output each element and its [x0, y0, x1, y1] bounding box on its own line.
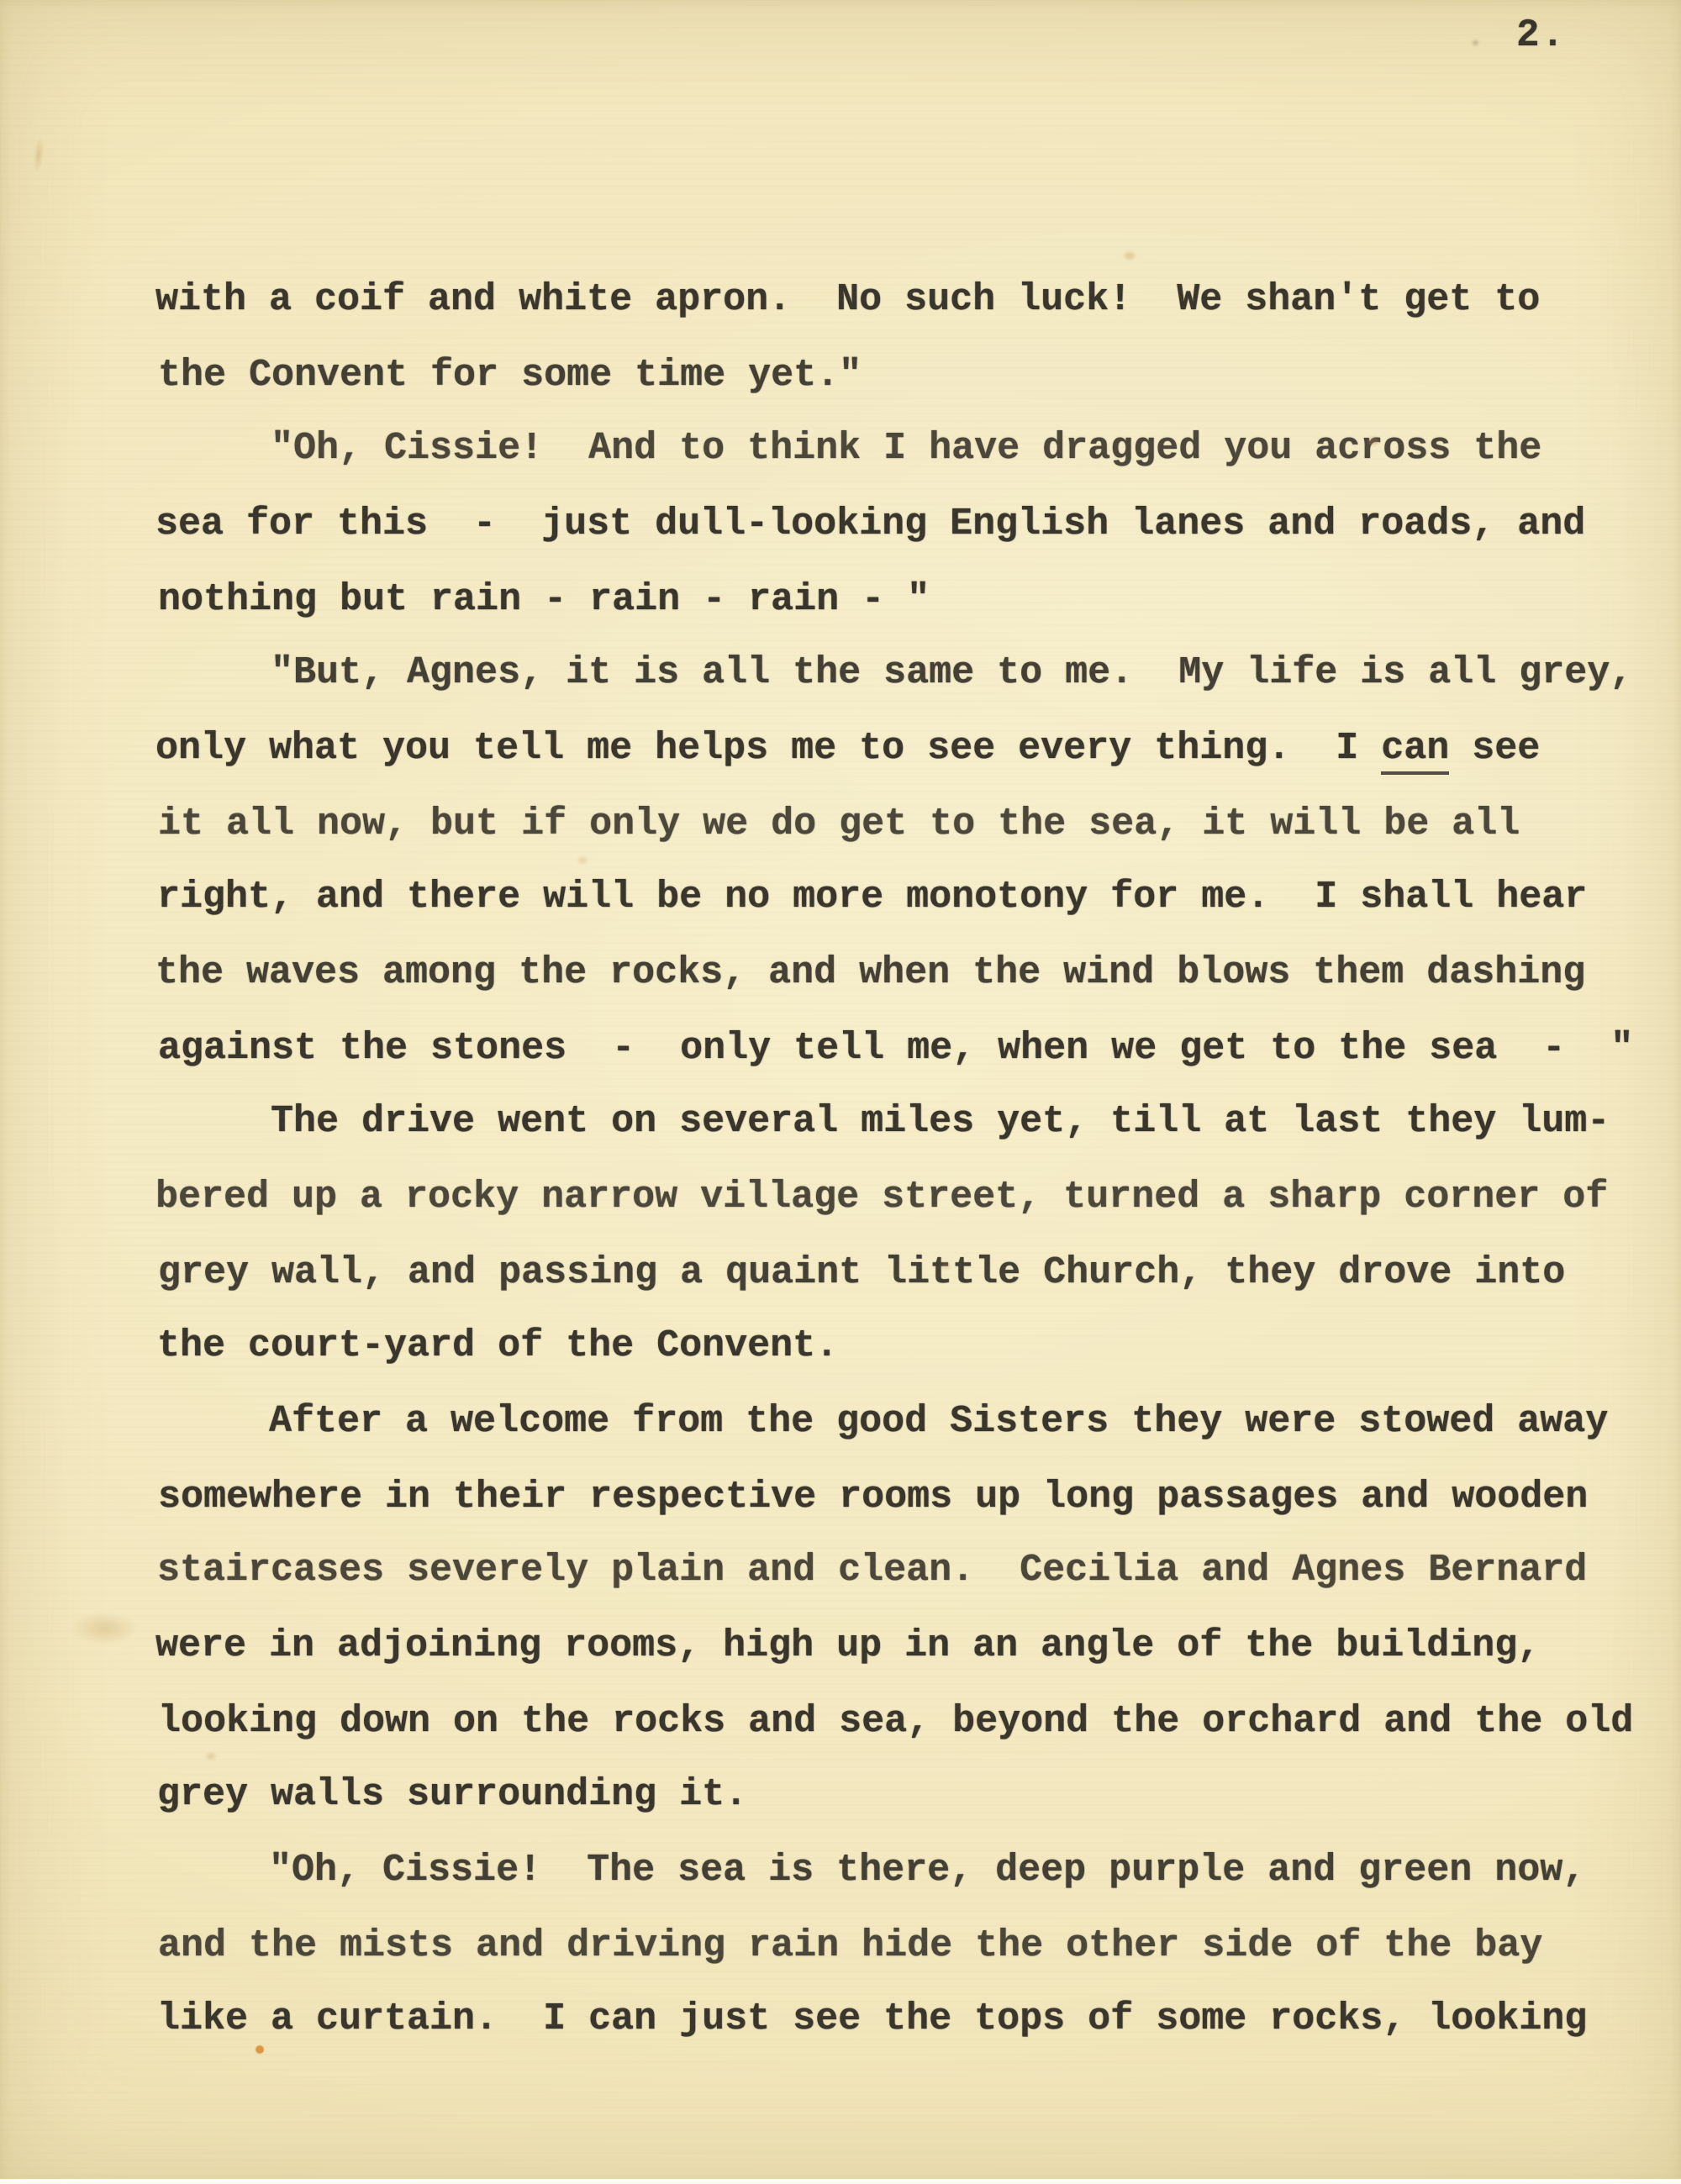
text-segment: only what you tell me helps me to see ev… — [155, 727, 1381, 770]
text-line: "But, Agnes, it is all the same to me. M… — [157, 635, 1662, 710]
text-line: bered up a rocky narrow village street, … — [155, 1160, 1660, 1234]
text-line: were in adjoining rooms, high up in an a… — [155, 1608, 1660, 1683]
text-line: looking down on the rocks and sea, beyon… — [158, 1684, 1663, 1759]
paper-speck — [578, 857, 587, 864]
paper-stain — [59, 1607, 151, 1650]
text-line: somewhere in their respective rooms up l… — [158, 1460, 1663, 1534]
underlined-word: can — [1381, 727, 1449, 775]
orange-ink-speck — [256, 2045, 264, 2054]
page-number: 2. — [1516, 13, 1566, 57]
paper-crease-mark — [29, 130, 48, 178]
text-line: it all now, but if only we do get to the… — [158, 787, 1663, 861]
text-line: grey walls surrounding it. — [157, 1757, 1662, 1832]
text-line: the court-yard of the Convent. — [157, 1308, 1662, 1383]
text-line: sea for this - just dull-looking English… — [155, 487, 1660, 561]
document-page: 2. with a coif and white apron. No such … — [0, 0, 1681, 2184]
typewritten-text-block: with a coif and white apron. No such luc… — [155, 262, 1660, 2057]
text-line: The drive went on several miles yet, til… — [157, 1084, 1662, 1159]
paper-speck — [1367, 437, 1379, 445]
text-line: right, and there will be no more monoton… — [157, 860, 1662, 934]
text-line: and the mists and driving rain hide the … — [158, 1908, 1663, 1983]
paper-speck — [207, 1753, 215, 1760]
text-line: the Convent for some time yet." — [158, 338, 1663, 413]
paper-speck — [941, 1262, 951, 1270]
text-line-with-underline: only what you tell me helps me to see ev… — [155, 711, 1660, 786]
text-line: the waves among the rocks, and when the … — [155, 935, 1660, 1010]
text-line: like a curtain. I can just see the tops … — [157, 1981, 1662, 2056]
text-line: After a welcome from the good Sisters th… — [155, 1384, 1660, 1459]
text-line: grey wall, and passing a quaint little C… — [158, 1235, 1663, 1310]
paper-speck — [1125, 252, 1135, 260]
text-segment: see — [1449, 727, 1540, 770]
text-line: with a coif and white apron. No such luc… — [155, 262, 1660, 337]
text-line: "Oh, Cissie! And to think I have dragged… — [157, 411, 1662, 486]
text-line: nothing but rain - rain - rain - " — [158, 562, 1663, 637]
text-line: staircases severely plain and clean. Cec… — [157, 1533, 1662, 1608]
text-line: "Oh, Cissie! The sea is there, deep purp… — [155, 1833, 1660, 1908]
scan-edge — [0, 2179, 1681, 2184]
text-line: against the stones - only tell me, when … — [158, 1011, 1663, 1086]
paper-speck — [1473, 40, 1478, 45]
